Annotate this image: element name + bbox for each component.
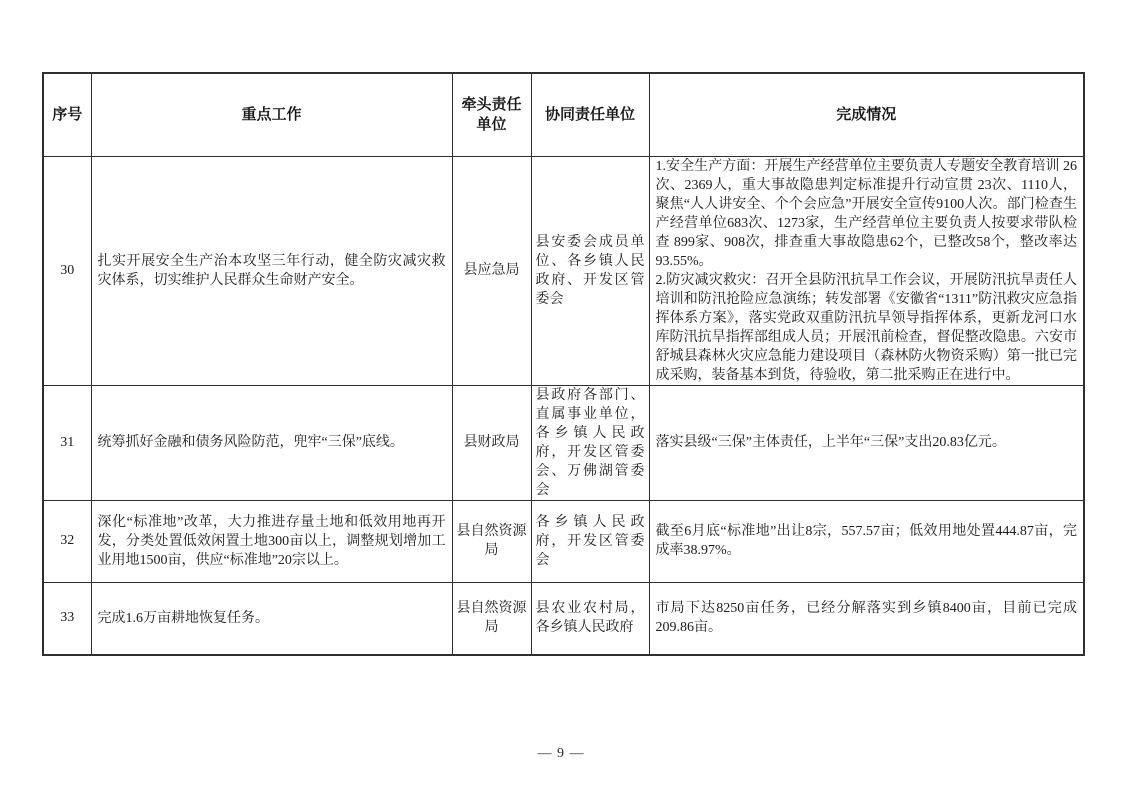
lead-unit: 县财政局 bbox=[452, 385, 531, 500]
column-header-collab-unit: 协同责任单位 bbox=[531, 73, 649, 156]
key-work-text: 深化“标准地”改革，大力推进存量土地和低效用地再开发，分类处置低效闲置土地300… bbox=[91, 500, 452, 582]
table-row: 33 完成1.6万亩耕地恢复任务。 县自然资源局 县农业农村局，各乡镇人民政府 … bbox=[43, 582, 1084, 655]
serial-no: 30 bbox=[43, 156, 91, 385]
lead-unit: 县应急局 bbox=[452, 156, 531, 385]
serial-no: 32 bbox=[43, 500, 91, 582]
work-progress-table: 序号 重点工作 牵头责任 单位 协同责任单位 完成情况 30 扎实开展安全生产治… bbox=[42, 72, 1085, 656]
document-page: 序号 重点工作 牵头责任 单位 协同责任单位 完成情况 30 扎实开展安全生产治… bbox=[0, 0, 1122, 794]
completion-status: 落实县级“三保”主体责任，上半年“三保”支出20.83亿元。 bbox=[649, 385, 1084, 500]
lead-unit: 县自然资源局 bbox=[452, 582, 531, 655]
serial-no: 31 bbox=[43, 385, 91, 500]
column-header-lead-unit: 牵头责任 单位 bbox=[452, 73, 531, 156]
page-number: — 9 — bbox=[0, 746, 1122, 762]
column-header-serial-no: 序号 bbox=[43, 73, 91, 156]
table-row: 32 深化“标准地”改革，大力推进存量土地和低效用地再开发，分类处置低效闲置土地… bbox=[43, 500, 1084, 582]
key-work-text: 扎实开展安全生产治本攻坚三年行动，健全防灾减灾救灾体系，切实维护人民群众生命财产… bbox=[91, 156, 452, 385]
collab-unit: 县安委会成员单位、各乡镇人民政府、开发区管委会 bbox=[531, 156, 649, 385]
collab-unit: 各乡镇人民政府，开发区管委会 bbox=[531, 500, 649, 582]
serial-no: 33 bbox=[43, 582, 91, 655]
table-row: 30 扎实开展安全生产治本攻坚三年行动，健全防灾减灾救灾体系，切实维护人民群众生… bbox=[43, 156, 1084, 385]
collab-unit: 县政府各部门、直属事业单位，各乡镇人民政府，开发区管委会、万佛湖管委会 bbox=[531, 385, 649, 500]
key-work-text: 统筹抓好金融和债务风险防范，兜牢“三保”底线。 bbox=[91, 385, 452, 500]
lead-unit: 县自然资源局 bbox=[452, 500, 531, 582]
completion-status: 截至6月底“标准地”出让8宗，557.57亩；低效用地处置444.87亩，完成率… bbox=[649, 500, 1084, 582]
column-header-key-work: 重点工作 bbox=[91, 73, 452, 156]
completion-status: 1.安全生产方面：开展生产经营单位主要负责人专题安全教育培训 26次、2369人… bbox=[649, 156, 1084, 385]
collab-unit: 县农业农村局，各乡镇人民政府 bbox=[531, 582, 649, 655]
key-work-text: 完成1.6万亩耕地恢复任务。 bbox=[91, 582, 452, 655]
table-row: 31 统筹抓好金融和债务风险防范，兜牢“三保”底线。 县财政局 县政府各部门、直… bbox=[43, 385, 1084, 500]
completion-status: 市局下达8250亩任务，已经分解落实到乡镇8400亩，目前已完成209.86亩。 bbox=[649, 582, 1084, 655]
column-header-completion: 完成情况 bbox=[649, 73, 1084, 156]
table-header-row: 序号 重点工作 牵头责任 单位 协同责任单位 完成情况 bbox=[43, 73, 1084, 156]
